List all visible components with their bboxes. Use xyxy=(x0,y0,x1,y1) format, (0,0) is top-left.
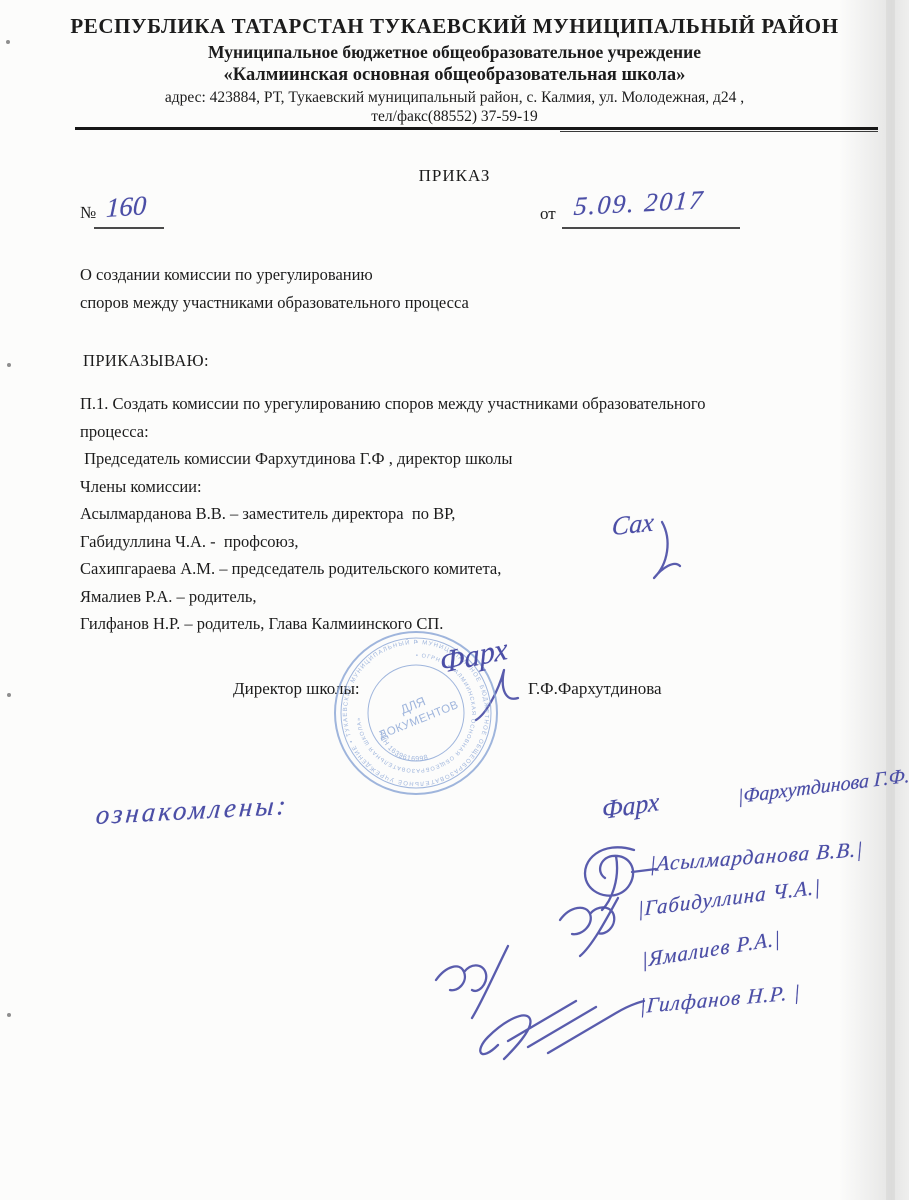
region-title: РЕСПУБЛИКА ТАТАРСТАН ТУКАЕВСКИЙ МУНИЦИПА… xyxy=(0,14,909,39)
phone-line: тел/факс(88552) 37-59-19 xyxy=(0,108,909,126)
margin-note-flourish xyxy=(648,516,690,588)
school-name: «Калмиинская основная общеобразовательна… xyxy=(0,65,909,86)
subject-line-1: О создании комиссии по урегулированию xyxy=(80,261,469,289)
ack-signature-gilfanov-scribble xyxy=(468,985,658,1077)
paper-speck xyxy=(7,1013,11,1017)
letterhead: РЕСПУБЛИКА ТАТАРСТАН ТУКАЕВСКИЙ МУНИЦИПА… xyxy=(0,14,909,126)
ack-name-yamaliev: |Ямалиев Р.А.| xyxy=(642,926,781,973)
number-underline xyxy=(94,227,164,229)
date-underline xyxy=(562,227,740,229)
subject-line-2: споров между участниками образовательног… xyxy=(80,289,469,317)
order-date-handwritten: 5.09. 2017 xyxy=(573,185,706,222)
ack-signature-farkhutdinova: Фарх xyxy=(602,787,660,826)
address-line: адрес: 423884, РТ, Тукаевский муниципаль… xyxy=(0,89,909,107)
order-title: ПРИКАЗ xyxy=(0,166,909,186)
paper-speck xyxy=(7,693,11,697)
institution-type: Муниципальное бюджетное общеобразователь… xyxy=(0,42,909,63)
order-date-label: от xyxy=(540,204,556,224)
acknowledgement-label: ознакомлены: xyxy=(95,790,290,831)
scanned-order-document: РЕСПУБЛИКА ТАТАРСТАН ТУКАЕВСКИЙ МУНИЦИПА… xyxy=(0,0,909,1200)
order-number-label: № xyxy=(80,203,96,223)
stamp-center-text: ДЛЯ ДОКУМЕНТОВ xyxy=(371,683,460,742)
letterhead-rule-thin xyxy=(560,131,878,132)
letterhead-rule xyxy=(75,127,878,130)
body-line: Габидуллина Ч.А. - профсоюз, xyxy=(80,528,840,556)
ack-name-gilfanov: |Гилфанов Н.Р. | xyxy=(639,980,801,1019)
director-name: Г.Ф.Фархутдинова xyxy=(528,679,662,699)
body-line: Члены комиссии: xyxy=(80,473,840,501)
order-number-handwritten: 160 xyxy=(105,190,146,224)
order-body: П.1. Создать комиссии по урегулированию … xyxy=(80,390,840,638)
body-line: Председатель комиссии Фархутдинова Г.Ф ,… xyxy=(80,445,840,473)
body-line: Ямалиев Р.А. – родитель, xyxy=(80,583,840,611)
ack-name-asylmardanova: |Асылмарданова В.В.| xyxy=(649,837,864,877)
body-line: П.1. Создать комиссии по урегулированию … xyxy=(80,390,840,418)
paper-speck xyxy=(7,363,11,367)
body-line: Сахипгараева А.М. – председатель родител… xyxy=(80,555,840,583)
body-line: Асылмарданова В.В. – заместитель директо… xyxy=(80,500,840,528)
order-subject: О создании комиссии по урегулированию сп… xyxy=(80,261,469,317)
ack-name-gabidullina: |Габидуллина Ч.А.| xyxy=(638,874,822,922)
ack-signature-gabidullina-scribble xyxy=(540,890,646,962)
directive-word: ПРИКАЗЫВАЮ: xyxy=(83,351,209,371)
body-line: процесса: xyxy=(80,418,840,446)
